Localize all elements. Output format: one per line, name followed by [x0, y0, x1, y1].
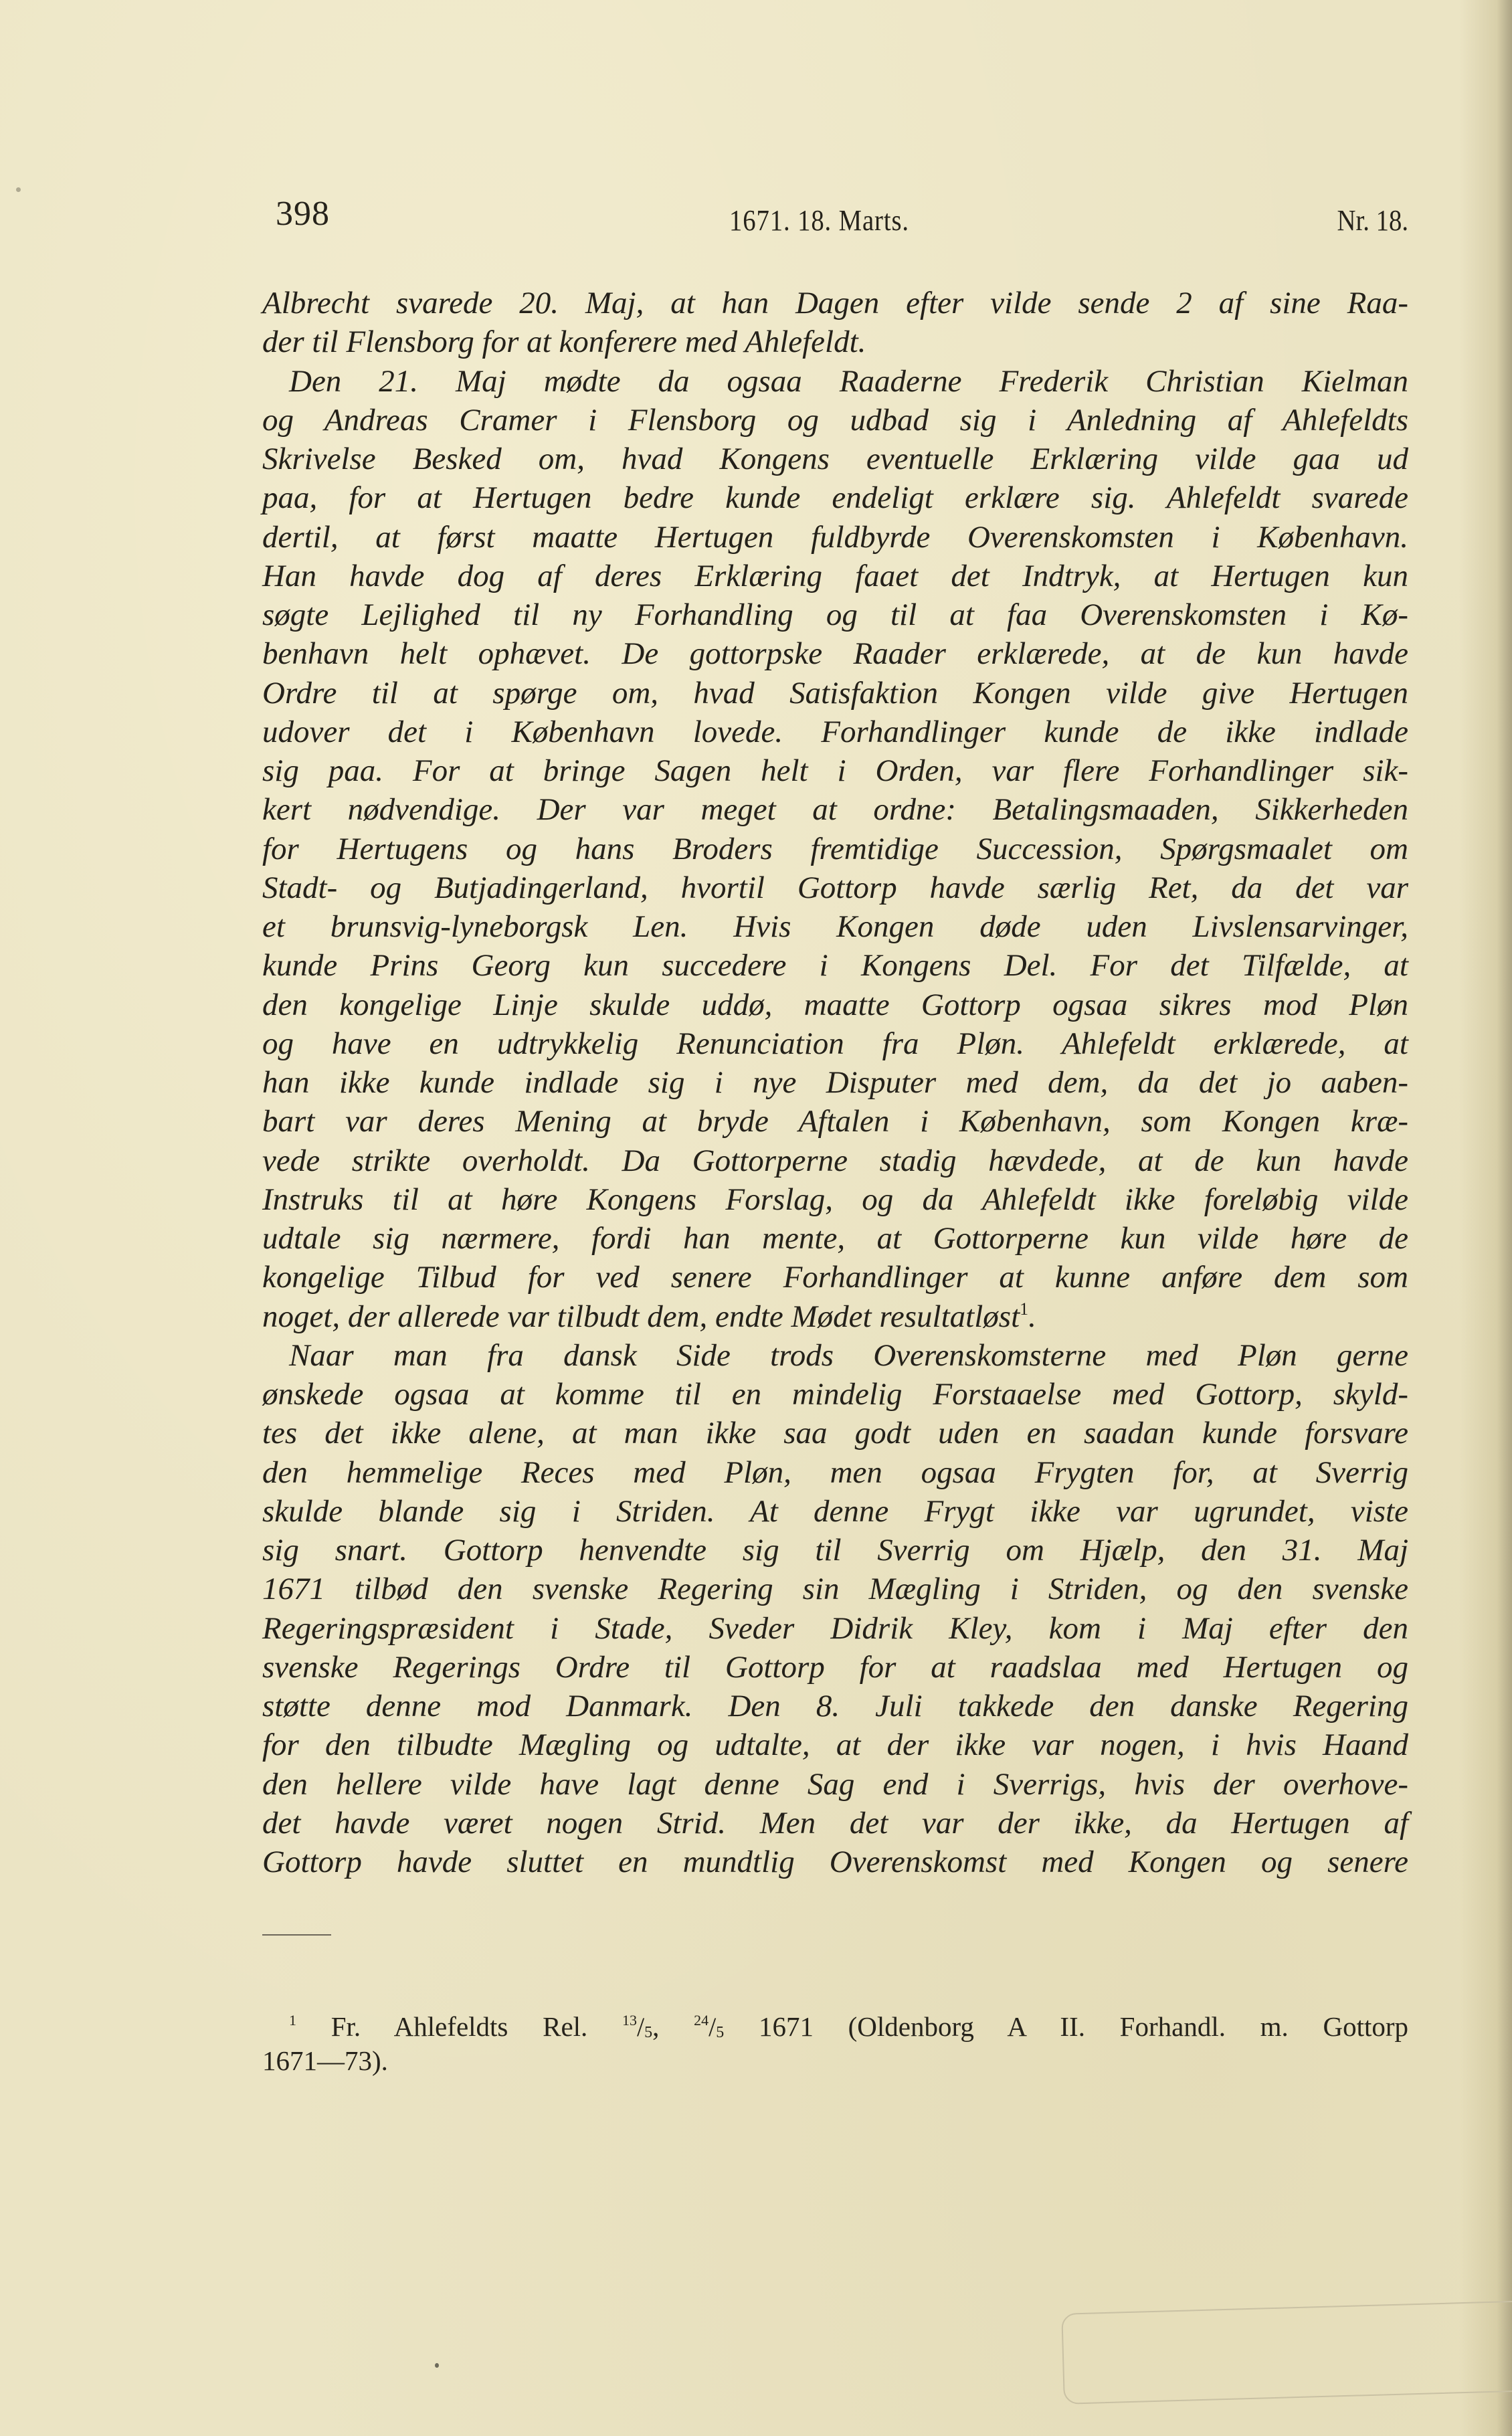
text-line: svenske Regerings Ordre til Gottorp for …: [262, 1648, 1408, 1687]
footnote-marker: 1: [289, 2012, 296, 2029]
paper-speck: [16, 187, 21, 192]
date-fraction: 24/5: [694, 2000, 724, 2056]
text-line: Den 21. Maj mødte da ogsaa Raaderne Fred…: [262, 362, 1408, 401]
text-line: kunde Prins Georg kun succedere i Kongen…: [262, 946, 1408, 985]
date-fraction: 13/5: [622, 2000, 652, 2056]
library-stamp-outline: [1061, 2300, 1512, 2405]
text-line: udover det i København lovede. Forhandli…: [262, 713, 1408, 751]
footnote-1-continuation: 1671—73).: [262, 2041, 1408, 2081]
text-line: Regeringspræsident i Stade, Sveder Didri…: [262, 1609, 1408, 1648]
footnote-reference: 1: [1020, 1299, 1028, 1319]
text-line: noget, der allerede var tilbudt dem, end…: [262, 1297, 1408, 1336]
text-line: Han havde dog af deres Erklæring faaet d…: [262, 557, 1408, 595]
text-line: for Hertugens og hans Broders fremtidige…: [262, 830, 1408, 868]
text-line: og Andreas Cramer i Flensborg og udbad s…: [262, 401, 1408, 440]
text-line: Gottorp havde sluttet en mundtlig Overen…: [262, 1843, 1408, 1881]
text-line: udtale sig nærmere, fordi han mente, at …: [262, 1219, 1408, 1258]
text-line: vede strikte overholdt. Da Gottorperne s…: [262, 1141, 1408, 1180]
running-title: 1671. 18. Marts.: [729, 203, 909, 238]
footnote-suffix: 1671 (Oldenborg A II. Forhandl. m. Gotto…: [759, 2011, 1408, 2042]
text-line: kert nødvendige. Der var meget at ordne:…: [262, 790, 1408, 829]
book-page: 398 1671. 18. Marts. Nr. 18. Albrecht sv…: [0, 0, 1512, 2436]
text-line: Naar man fra dansk Side trods Overenskom…: [262, 1336, 1408, 1375]
footnotes: 1 Fr. Ahlefeldts Rel. 13/5, 24/5 1671 (O…: [262, 2000, 1408, 2081]
text-line: kongelige Tilbud for ved senere Forhandl…: [262, 1258, 1408, 1297]
footnote-rule: [262, 1934, 331, 1936]
text-line: sig paa. For at bringe Sagen helt i Orde…: [262, 751, 1408, 790]
text-line: dertil, at først maatte Hertugen fuldbyr…: [262, 518, 1408, 557]
footnote-prefix: Fr. Ahlefeldts Rel.: [331, 2011, 588, 2042]
text-line: søgte Lejlighed til ny Forhandling og ti…: [262, 595, 1408, 634]
text-line: den kongelige Linje skulde uddø, maatte …: [262, 986, 1408, 1024]
body-text: Albrecht svarede 20. Maj, at han Dagen e…: [262, 284, 1408, 1881]
text-line: der til Flensborg for at konferere med A…: [262, 322, 1408, 361]
text-line: sig snart. Gottorp henvendte sig til Sve…: [262, 1531, 1408, 1570]
text-line: støtte denne mod Danmark. Den 8. Juli ta…: [262, 1687, 1408, 1725]
running-header: 398 1671. 18. Marts. Nr. 18.: [0, 194, 1512, 248]
paper-speck: [435, 2363, 439, 2368]
text-line: benhavn helt ophævet. De gottorpske Raad…: [262, 634, 1408, 673]
text-line: og have en udtrykkelig Renunciation fra …: [262, 1024, 1408, 1063]
page-number: 398: [276, 194, 330, 233]
text-line: Skrivelse Besked om, hvad Kongens eventu…: [262, 440, 1408, 478]
text-line: bart var deres Mening at bryde Aftalen i…: [262, 1102, 1408, 1141]
text-line: den hellere vilde have lagt denne Sag en…: [262, 1765, 1408, 1804]
text-line: paa, for at Hertugen bedre kunde endelig…: [262, 478, 1408, 517]
text-line: tes det ikke alene, at man ikke saa godt…: [262, 1414, 1408, 1453]
text-line: Instruks til at høre Kongens Forslag, og…: [262, 1180, 1408, 1219]
text-line: han ikke kunde indlade sig i nye Dispute…: [262, 1063, 1408, 1102]
text-line: det havde været nogen Strid. Men det var…: [262, 1804, 1408, 1843]
text-line: skulde blande sig i Striden. At denne Fr…: [262, 1492, 1408, 1531]
text-line: et brunsvig-lyneborgsk Len. Hvis Kongen …: [262, 907, 1408, 946]
text-line: den hemmelige Reces med Pløn, men ogsaa …: [262, 1453, 1408, 1492]
text-line: Ordre til at spørge om, hvad Satisfaktio…: [262, 674, 1408, 713]
footnote-1: 1 Fr. Ahlefeldts Rel. 13/5, 24/5 1671 (O…: [262, 2000, 1408, 2041]
text-line: Stadt- og Butjadingerland, hvortil Gotto…: [262, 868, 1408, 907]
text-line: 1671 tilbød den svenske Regering sin Mæg…: [262, 1570, 1408, 1608]
document-number: Nr. 18.: [1337, 203, 1408, 238]
text-line: ønskede ogsaa at komme til en mindelig F…: [262, 1375, 1408, 1414]
text-line: Albrecht svarede 20. Maj, at han Dagen e…: [262, 284, 1408, 322]
text-line: for den tilbudte Mægling og udtalte, at …: [262, 1725, 1408, 1764]
